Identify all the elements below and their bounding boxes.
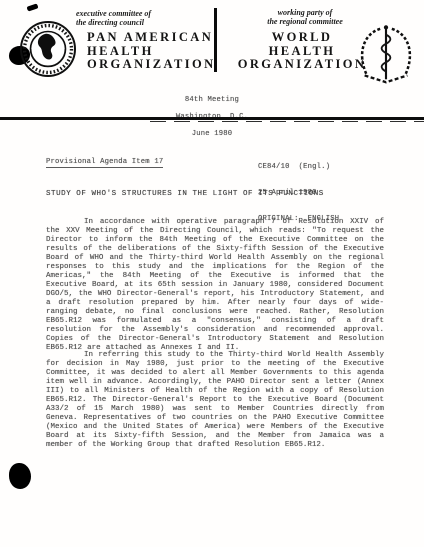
left-tagline: executive committee of the directing cou…	[76, 9, 151, 27]
right-tagline: working party of the regional committee	[240, 8, 370, 26]
header-rule	[0, 117, 424, 120]
body-paragraph-1: In accordance with operative paragraph 7…	[46, 218, 384, 353]
doc-number: CE84/10 (Engl.)	[258, 163, 339, 172]
meeting-date: June 1980	[0, 130, 424, 139]
who-org-name: WORLD HEALTH ORGANIZATION	[232, 31, 372, 72]
meeting-number: 84th Meeting	[0, 96, 424, 105]
right-tagline-line2: the regional committee	[240, 17, 370, 26]
ink-blob-bottom	[9, 463, 31, 489]
document-title: STUDY OF WHO'S STRUCTURES IN THE LIGHT O…	[46, 190, 324, 198]
agenda-item-label: Provisional Agenda Item 17	[46, 158, 163, 168]
paho-name-line2: HEALTH	[87, 45, 216, 59]
ink-mark-top	[26, 3, 38, 11]
header-rule-fragment	[150, 121, 424, 122]
right-tagline-line1: working party of	[240, 8, 370, 17]
who-name-line1: WORLD	[232, 31, 372, 45]
agenda-item: Provisional Agenda Item 17	[46, 149, 163, 166]
left-tagline-line1: executive committee of	[76, 9, 151, 18]
scanned-document-page: executive committee of the directing cou…	[0, 0, 424, 547]
paho-name-line3: ORGANIZATION	[87, 58, 216, 72]
paho-name-line1: PAN AMERICAN	[87, 31, 216, 45]
paho-org-name: PAN AMERICAN HEALTH ORGANIZATION	[87, 31, 216, 72]
who-name-line2: HEALTH	[232, 45, 372, 59]
paho-logo-icon	[18, 19, 78, 79]
left-tagline-line2: the directing council	[76, 18, 151, 27]
who-name-line3: ORGANIZATION	[232, 58, 372, 72]
header-divider	[214, 8, 217, 72]
body-paragraph-2: In referring this study to the Thirty-th…	[46, 351, 384, 450]
